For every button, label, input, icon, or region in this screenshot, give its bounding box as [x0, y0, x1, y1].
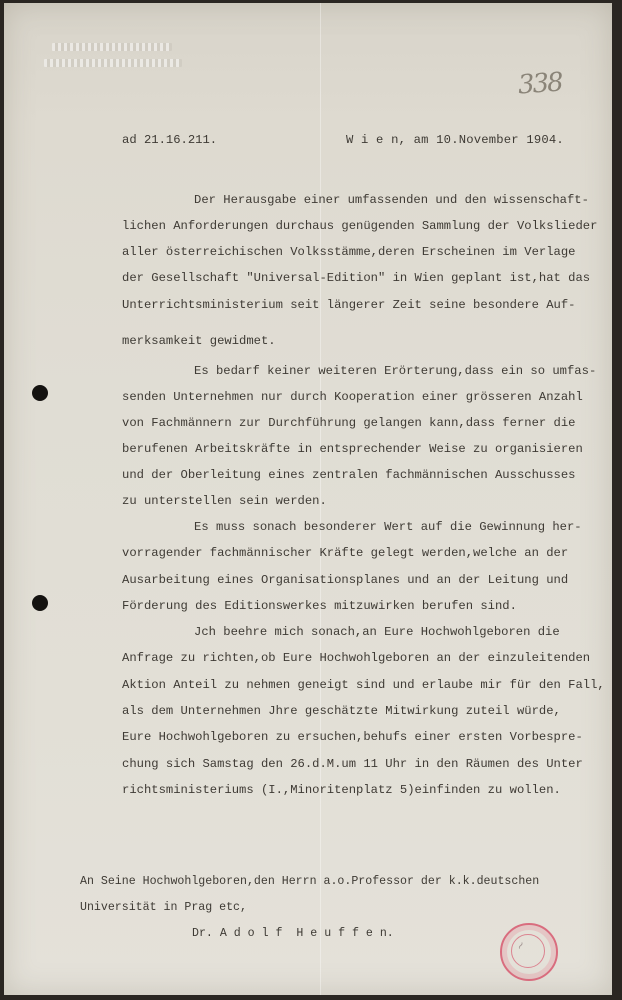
body-line: vorragender fachmännischer Kräfte gelegt… — [122, 546, 568, 560]
body-line: der Gesellschaft "Universal-Edition" in … — [122, 271, 590, 285]
punch-hole — [32, 385, 48, 401]
body-line: Eure Hochwohlgeboren zu ersuchen,behufs … — [122, 730, 583, 744]
body-line: und der Oberleitung eines zentralen fach… — [122, 468, 575, 482]
body-line: Aktion Anteil zu nehmen geneigt sind und… — [122, 678, 605, 692]
letterhead-line-1 — [52, 43, 172, 51]
body-line: Der Herausgabe einer umfassenden und den… — [194, 193, 589, 207]
body-line: lichen Anforderungen durchaus genügenden… — [122, 219, 597, 233]
address-line: Universität in Prag etc, — [80, 901, 247, 914]
body-line: Es muss sonach besonderer Wert auf die G… — [194, 520, 582, 534]
embossed-letterhead — [44, 43, 184, 75]
dateline: W i e n, am 10.November 1904. — [346, 133, 564, 147]
body-line: Förderung des Editionswerkes mitzuwirken… — [122, 599, 517, 613]
address-line: Dr. A d o l f H e u f f e n. — [192, 927, 394, 940]
body-line: von Fachmännern zur Durchführung gelange… — [122, 416, 575, 430]
body-line: Jch beehre mich sonach,an Eure Hochwohlg… — [194, 625, 560, 639]
body-line: chung sich Samstag den 26.d.M.um 11 Uhr … — [122, 757, 583, 771]
letterhead-line-2 — [44, 59, 182, 67]
body-line: Ausarbeitung eines Organisationsplanes u… — [122, 573, 568, 587]
body-line: berufenen Arbeitskräfte in entsprechende… — [122, 442, 583, 456]
body-line: zu unterstellen sein werden. — [122, 494, 327, 508]
body-line: senden Unternehmen nur durch Kooperation… — [122, 390, 583, 404]
body-line: Es bedarf keiner weiteren Erörterung,das… — [194, 364, 596, 378]
address-line: An Seine Hochwohlgeboren,den Herrn a.o.P… — [80, 875, 539, 888]
body-line: richtsministeriums (I.,Minoritenplatz 5)… — [122, 783, 561, 797]
body-line: merksamkeit gewidmet. — [122, 334, 276, 348]
reference-number: ad 21.16.211. — [122, 133, 217, 147]
letter-page: 338 ad 21.16.211. W i e n, am 10.Novembe… — [4, 3, 612, 995]
handwritten-folio-number: 338 — [517, 68, 563, 101]
body-line: aller österreichischen Volksstämme,deren… — [122, 245, 575, 259]
punch-hole — [32, 595, 48, 611]
body-line: Unterrichtsministerium seit längerer Zei… — [122, 298, 575, 312]
red-archive-stamp: ~ — [500, 923, 558, 981]
body-line: als dem Unternehmen Jhre geschätzte Mitw… — [122, 704, 561, 718]
body-line: Anfrage zu richten,ob Eure Hochwohlgebor… — [122, 651, 590, 665]
